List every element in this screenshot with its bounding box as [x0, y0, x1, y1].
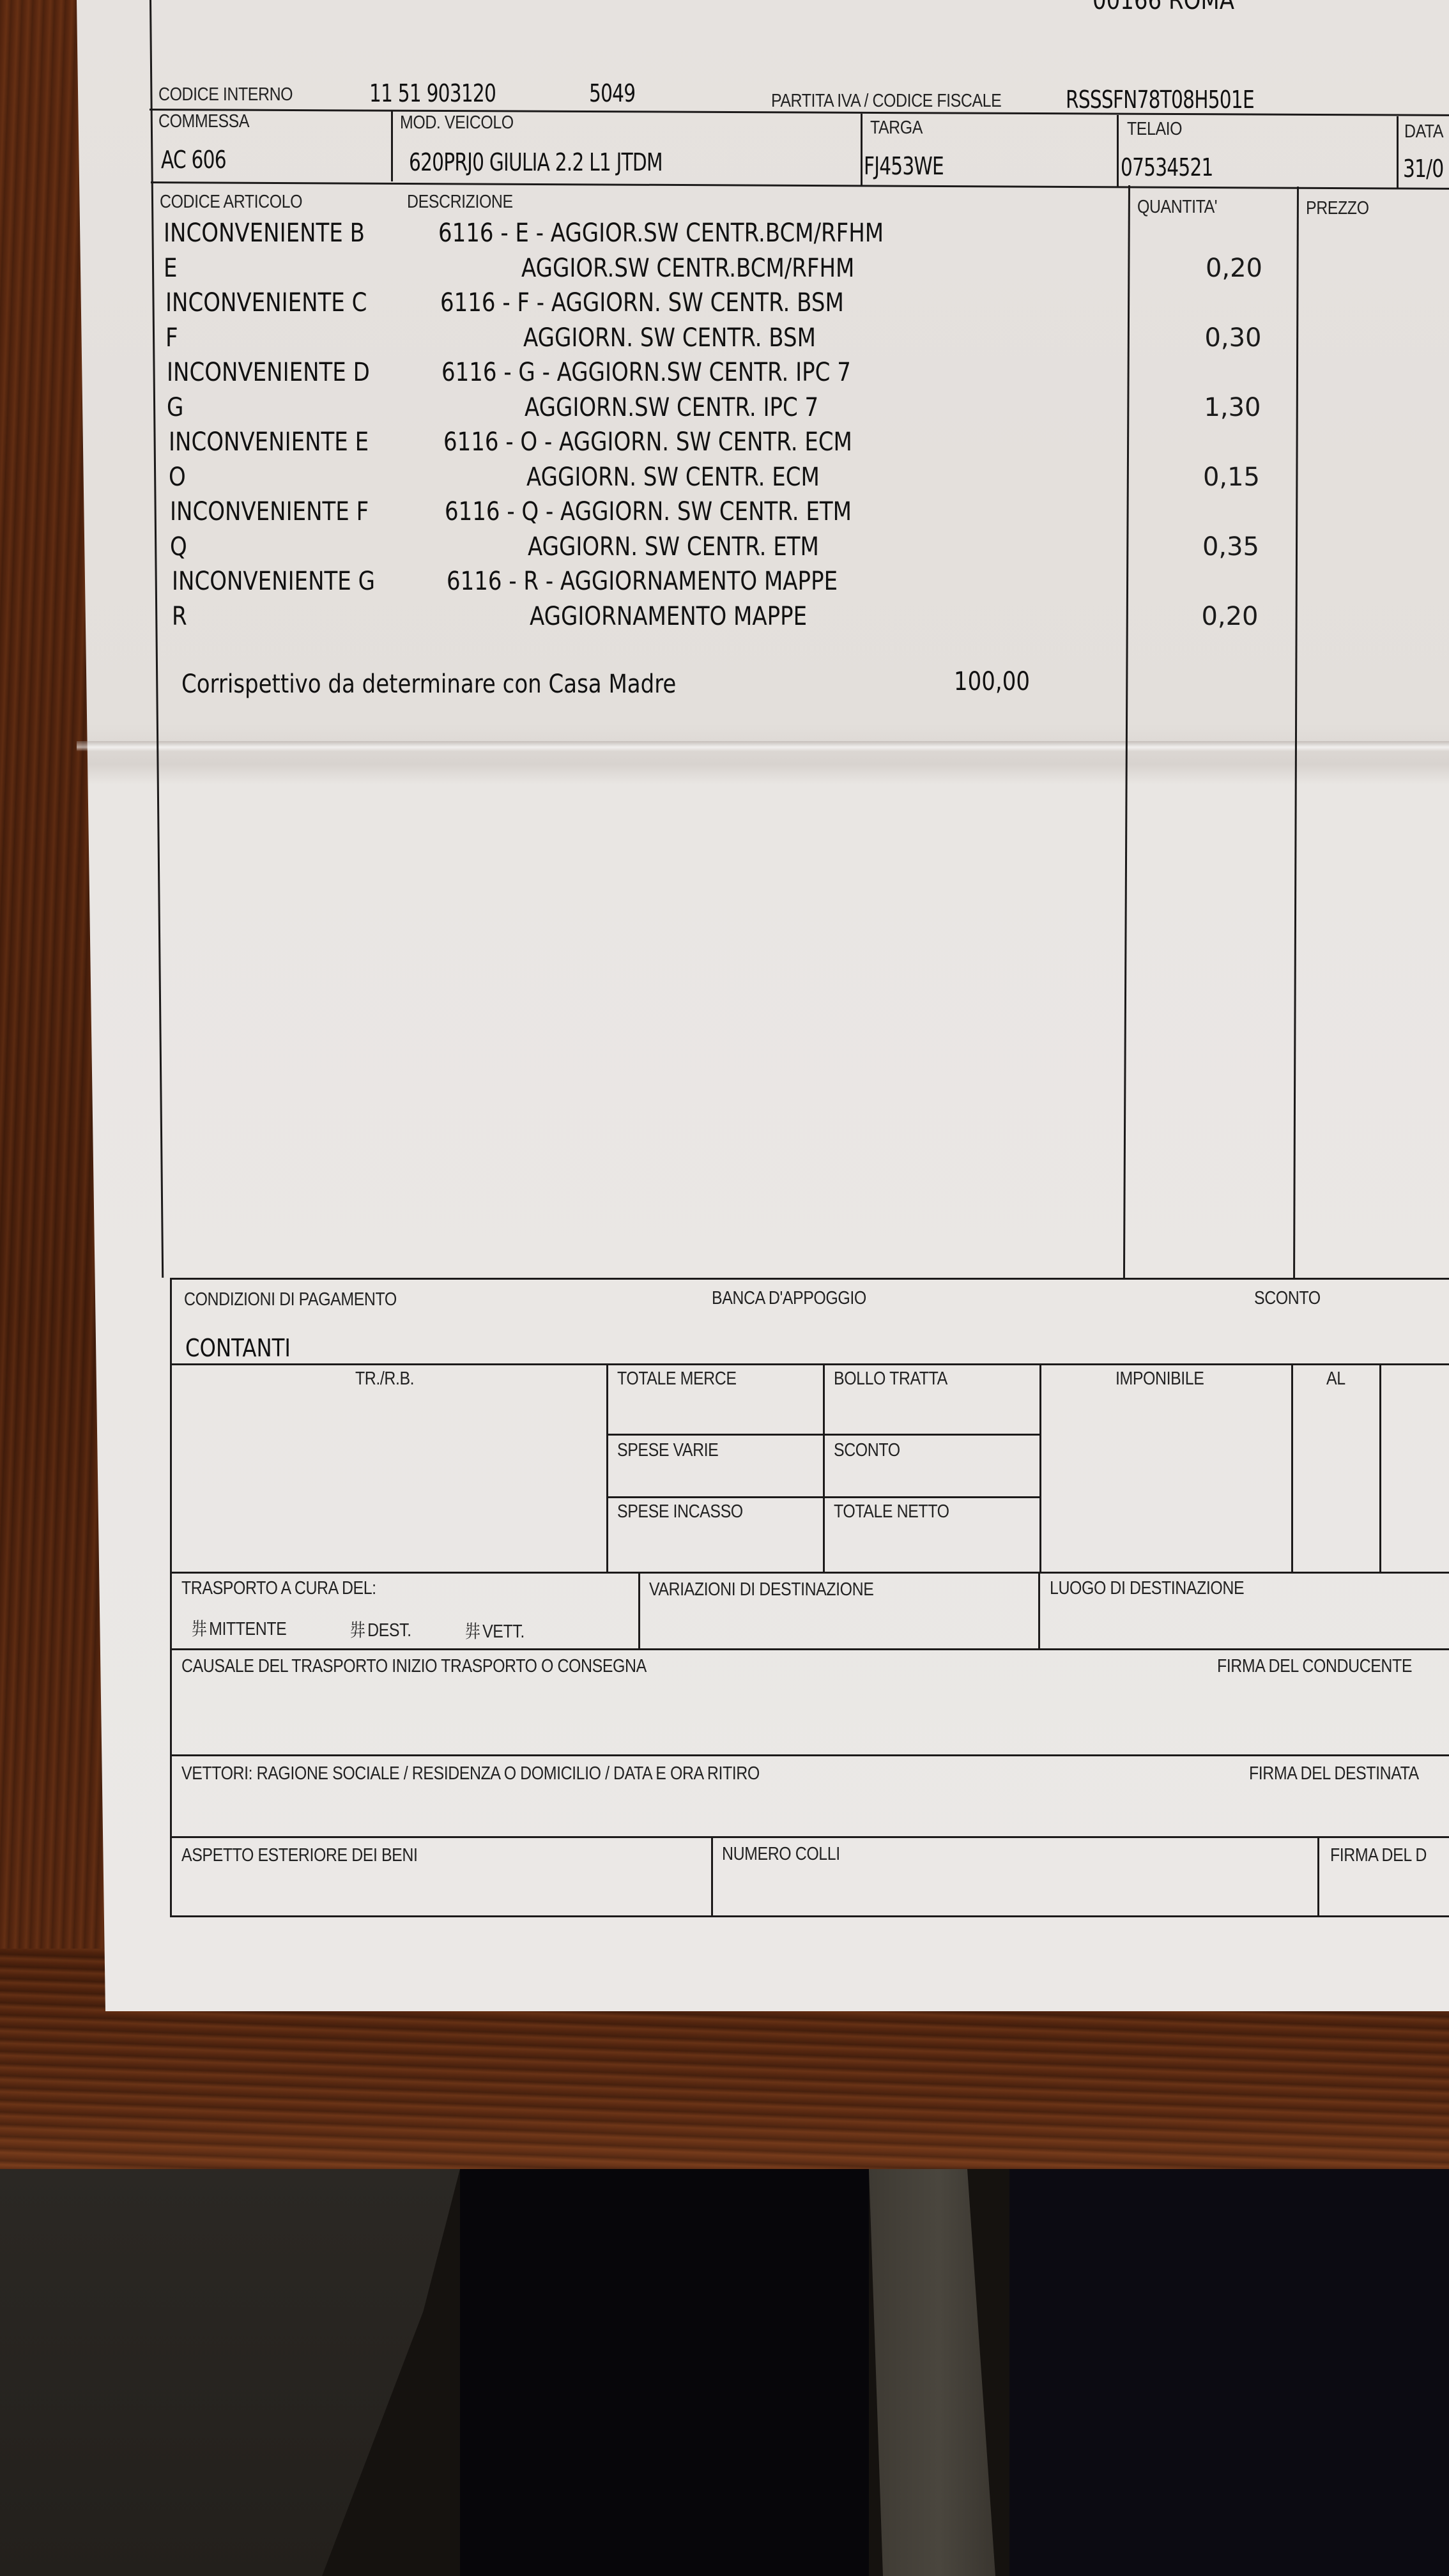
- mod-veicolo-label: MOD. VEICOLO: [400, 112, 514, 134]
- spese-incasso-label: SPESE INCASSO: [617, 1501, 743, 1522]
- divider: [711, 1837, 713, 1917]
- partita-iva-value: RSSSFN78T08H501E: [1066, 86, 1254, 114]
- commessa-label: COMMESSA: [158, 111, 249, 132]
- vettori-label: VETTORI: RAGIONE SOCIALE / RESIDENZA O D…: [181, 1763, 760, 1784]
- article-description-detail: AGGIORNAMENTO MAPPE: [530, 602, 807, 631]
- sconto-label: SCONTO: [1254, 1288, 1321, 1309]
- note-amount: 100,00: [954, 667, 1030, 696]
- condizioni-label: CONDIZIONI DI PAGAMENTO: [184, 1289, 397, 1310]
- note-text: Corrispettivo da determinare con Casa Ma…: [181, 670, 676, 699]
- divider: [1397, 116, 1399, 188]
- tr-rb-label: TR./R.B.: [355, 1368, 414, 1390]
- article-description: 6116 - R - AGGIORNAMENTO MAPPE: [447, 567, 838, 596]
- divider: [151, 181, 1449, 190]
- article-code: INCONVENIENTE B: [164, 218, 365, 248]
- article-quantity: 0,35: [1131, 532, 1259, 562]
- form-left-border-lower: [170, 1278, 172, 1917]
- divider: [1291, 1365, 1293, 1573]
- column-quantita: QUANTITA': [1137, 197, 1217, 218]
- invoice-form: 00166 ROMA CODICE INTERNO 11 51 903120 5…: [0, 0, 1449, 2011]
- telaio-value: 07534521: [1121, 153, 1213, 181]
- dark-object: [460, 2169, 869, 2576]
- article-code: INCONVENIENTE F: [170, 497, 369, 526]
- commessa-value: AC 606: [161, 146, 226, 174]
- luogo-label: LUOGO DI DESTINAZIONE: [1050, 1578, 1244, 1599]
- divider: [861, 114, 862, 185]
- condizioni-value: CONTANTI: [185, 1334, 291, 1362]
- divider: [1039, 1365, 1041, 1573]
- divider: [1038, 1573, 1040, 1648]
- divider: [1293, 187, 1299, 1279]
- bollo-tratta-label: BOLLO TRATTA: [834, 1368, 947, 1390]
- spese-varie-label: SPESE VARIE: [617, 1440, 718, 1461]
- article-description: 6116 - O - AGGIORN. SW CENTR. ECM: [443, 427, 852, 457]
- divider: [606, 1434, 1041, 1436]
- article-description-detail: AGGIORN. SW CENTR. ETM: [528, 532, 819, 562]
- data-value: 31/0: [1403, 155, 1443, 183]
- firma-destinatario-label: FIRMA DEL DESTINATA: [1249, 1763, 1419, 1784]
- article-quantity: 0,15: [1132, 463, 1260, 492]
- article-code-suffix: G: [167, 393, 183, 422]
- divider: [170, 1648, 1449, 1650]
- divider: [170, 1278, 1449, 1280]
- divider: [170, 1572, 1449, 1574]
- mod-veicolo-value: 620PRJ0 GIULIA 2.2 L1 JTDM: [409, 148, 663, 176]
- column-codice-articolo: CODICE ARTICOLO: [160, 192, 302, 213]
- data-label: DATA: [1404, 121, 1443, 142]
- article-code-suffix: O: [169, 463, 186, 492]
- divider: [1117, 115, 1119, 187]
- divider: [1317, 1837, 1319, 1917]
- article-description: 6116 - F - AGGIORN. SW CENTR. BSM: [440, 288, 844, 318]
- article-code-suffix: E: [164, 254, 177, 283]
- divider: [638, 1573, 640, 1648]
- partita-iva-label: PARTITA IVA / CODICE FISCALE: [771, 91, 1001, 112]
- option-vett[interactable]: 弉VETT.: [465, 1618, 525, 1643]
- targa-label: TARGA: [870, 118, 923, 139]
- codice-interno-suffix: 5049: [589, 79, 635, 107]
- article-code-suffix: F: [165, 323, 178, 353]
- codice-interno-label: CODICE INTERNO: [158, 84, 293, 105]
- divider: [170, 1363, 1449, 1365]
- article-code: INCONVENIENTE C: [165, 288, 367, 318]
- totale-merce-label: TOTALE MERCE: [617, 1368, 737, 1390]
- checkbox-icon: 弉: [465, 1618, 480, 1643]
- article-code-suffix: R: [172, 602, 187, 631]
- divider: [170, 1915, 1449, 1917]
- numero-colli-label: NUMERO COLLI: [722, 1844, 840, 1865]
- firma-conducente-label: FIRMA DEL CONDUCENTE: [1217, 1656, 1412, 1677]
- al-label: AL: [1326, 1368, 1345, 1390]
- article-description: 6116 - E - AGGIOR.SW CENTR.BCM/RFHM: [438, 218, 884, 248]
- floor-background: [0, 2169, 1449, 2576]
- article-description: 6116 - Q - AGGIORN. SW CENTR. ETM: [445, 497, 852, 526]
- column-descrizione: DESCRIZIONE: [407, 192, 513, 213]
- divider: [170, 1836, 1449, 1838]
- article-description-detail: AGGIORN.SW CENTR. IPC 7: [525, 393, 818, 422]
- divider: [1123, 185, 1130, 1279]
- divider: [606, 1365, 608, 1573]
- firma-del-label: FIRMA DEL D: [1330, 1845, 1427, 1866]
- article-description: 6116 - G - AGGIORN.SW CENTR. IPC 7: [441, 358, 851, 387]
- divider: [391, 110, 393, 181]
- article-quantity: 1,30: [1133, 393, 1261, 422]
- article-description-detail: AGGIORN. SW CENTR. BSM: [523, 323, 816, 353]
- article-code-suffix: Q: [170, 532, 187, 562]
- causale-label: CAUSALE DEL TRASPORTO INIZIO TRASPORTO O…: [181, 1656, 647, 1677]
- article-code: INCONVENIENTE E: [169, 427, 369, 457]
- article-code: INCONVENIENTE D: [167, 358, 370, 387]
- telaio-label: TELAIO: [1127, 119, 1182, 140]
- divider: [1379, 1365, 1381, 1573]
- column-prezzo: PREZZO: [1306, 198, 1369, 219]
- floor-dark-area: [1009, 2169, 1449, 2576]
- article-quantity: 0,20: [1135, 254, 1262, 283]
- banca-label: BANCA D'APPOGGIO: [712, 1288, 866, 1309]
- article-description-detail: AGGIORN. SW CENTR. ECM: [526, 463, 820, 492]
- checkbox-icon: 弉: [350, 1616, 365, 1642]
- totale-netto-label: TOTALE NETTO: [834, 1501, 949, 1522]
- divider: [606, 1496, 1041, 1498]
- trasporto-cura-label: TRASPORTO A CURA DEL:: [181, 1578, 376, 1599]
- checkbox-icon: 弉: [192, 1615, 207, 1641]
- floor-shadow: [0, 2169, 460, 2576]
- codice-interno-value: 11 51 903120: [369, 79, 496, 107]
- article-quantity: 0,20: [1131, 602, 1259, 631]
- divider: [823, 1365, 825, 1573]
- targa-value: FJ453WE: [864, 152, 944, 180]
- article-code: INCONVENIENTE G: [172, 567, 375, 596]
- imponibile-label: IMPONIBILE: [1115, 1368, 1204, 1390]
- floor-stripe: [869, 2169, 1009, 2576]
- address-line: 00166 ROMA: [1092, 0, 1234, 15]
- option-dest[interactable]: 弉DEST.: [350, 1616, 411, 1642]
- variazioni-label: VARIAZIONI DI DESTINAZIONE: [649, 1579, 873, 1600]
- article-quantity: 0,30: [1134, 323, 1262, 353]
- aspetto-label: ASPETTO ESTERIORE DEI BENI: [181, 1845, 417, 1866]
- article-description-detail: AGGIOR.SW CENTR.BCM/RFHM: [521, 254, 854, 283]
- option-mittente[interactable]: 弉MITTENTE: [192, 1615, 286, 1641]
- divider: [170, 1754, 1449, 1756]
- sconto-totals-label: SCONTO: [834, 1440, 900, 1461]
